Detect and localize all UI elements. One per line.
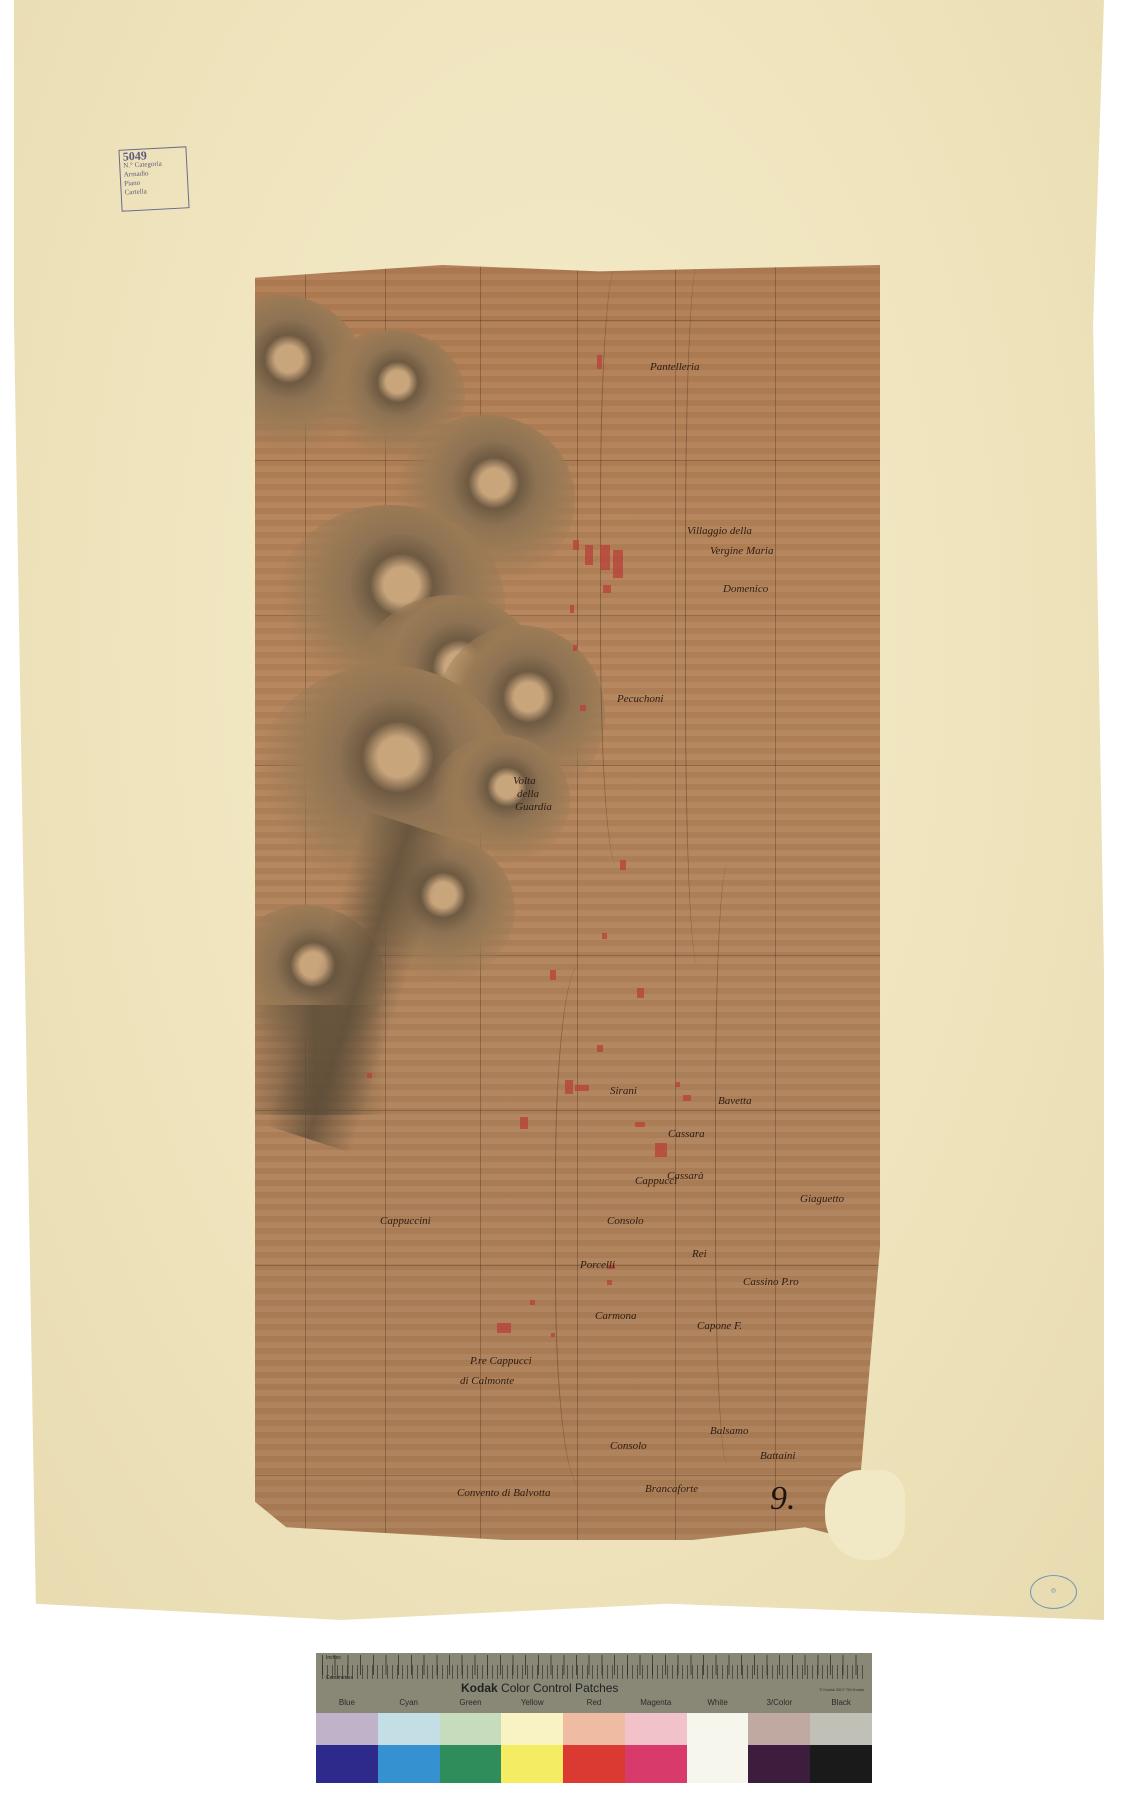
- building-marker: [575, 1085, 589, 1091]
- patch-dark: [563, 1745, 625, 1783]
- patch-light: [316, 1713, 378, 1745]
- patch-light: [563, 1713, 625, 1745]
- place-label: Consolo: [607, 1215, 644, 1227]
- place-label: di Calmonte: [460, 1375, 514, 1387]
- library-stamp: ◎: [1030, 1575, 1077, 1609]
- patch-light: [625, 1713, 687, 1745]
- building-marker: [570, 605, 574, 613]
- building-marker: [655, 1143, 667, 1157]
- patch-dark: [625, 1745, 687, 1783]
- inches-label: Inches: [326, 1655, 341, 1661]
- building-marker: [573, 645, 577, 651]
- building-marker: [635, 1122, 645, 1127]
- building-marker: [550, 970, 556, 980]
- patch-label: Green: [440, 1698, 502, 1713]
- ridge-shading: [255, 1005, 385, 1115]
- building-marker: [637, 988, 644, 998]
- building-marker: [597, 1045, 603, 1052]
- patch-label: Yellow: [501, 1698, 563, 1713]
- building-marker: [367, 1073, 372, 1078]
- patch-label: Magenta: [625, 1698, 687, 1713]
- building-marker: [585, 545, 593, 565]
- building-marker: [497, 1323, 511, 1333]
- building-marker: [603, 585, 611, 593]
- color-patches: [316, 1713, 872, 1783]
- brand-name: Kodak: [461, 1681, 498, 1695]
- place-label: Villaggio della: [687, 525, 752, 537]
- copyright: © Kodak 2007 TM Kodak: [819, 1687, 864, 1692]
- building-marker: [683, 1095, 691, 1101]
- color-patch: [501, 1713, 563, 1783]
- patch-label: White: [687, 1698, 749, 1713]
- place-label: Porcelli: [580, 1259, 615, 1271]
- color-bar-title: Kodak Color Control Patches: [461, 1681, 618, 1695]
- place-label: Pantelleria: [650, 361, 700, 373]
- patch-light: [810, 1713, 872, 1745]
- road-line: [715, 865, 746, 1465]
- color-patch: [748, 1713, 810, 1783]
- patch-light: [378, 1713, 440, 1745]
- archive-stamp: 5049 N.° Categoria Armadio Piano Cartell…: [118, 146, 189, 211]
- patch-label: Blue: [316, 1698, 378, 1713]
- place-label: Balsamo: [710, 1425, 749, 1437]
- patch-light: [748, 1713, 810, 1745]
- building-marker: [600, 545, 610, 570]
- building-marker: [602, 933, 607, 939]
- building-marker: [607, 1280, 612, 1285]
- color-patch: [625, 1713, 687, 1783]
- color-patch: [378, 1713, 440, 1783]
- place-label: Cassino P.ro: [743, 1276, 799, 1288]
- archive-stamp-line: Cartella: [124, 185, 184, 197]
- map-drawing: PantelleriaVillaggio dellaVergine MariaD…: [255, 265, 880, 1540]
- place-label: Consolo: [610, 1440, 647, 1452]
- grid-line: [255, 1475, 880, 1476]
- color-patch: [316, 1713, 378, 1783]
- place-label: Pecuchoni: [617, 693, 663, 705]
- place-label: Battaini: [760, 1450, 795, 1462]
- patch-dark: [810, 1745, 872, 1783]
- place-label: P.re Cappucci: [470, 1355, 532, 1367]
- place-label: Convento di Balvotta: [457, 1487, 550, 1499]
- place-label: Brancaforte: [645, 1483, 698, 1495]
- building-marker: [620, 860, 626, 870]
- building-marker: [551, 1333, 555, 1337]
- grid-line: [675, 265, 676, 1540]
- patch-light: [687, 1713, 749, 1783]
- building-marker: [520, 1117, 528, 1129]
- building-marker: [597, 355, 602, 369]
- place-label: Cassara: [668, 1128, 705, 1140]
- place-label: Bavetta: [718, 1095, 752, 1107]
- color-patch: [810, 1713, 872, 1783]
- cm-ticks: [322, 1665, 866, 1679]
- place-label: Capone F.: [697, 1320, 742, 1332]
- patch-label: Cyan: [378, 1698, 440, 1713]
- patch-light: [440, 1713, 502, 1745]
- centimetres-label: Centimetres: [326, 1675, 353, 1681]
- building-marker: [675, 1082, 680, 1087]
- patch-label: Black: [810, 1698, 872, 1713]
- place-label: Cappuccini: [380, 1215, 431, 1227]
- kodak-color-bar: Inches Centimetres Kodak Color Control P…: [316, 1653, 872, 1783]
- grid-line: [305, 265, 306, 1540]
- patch-dark: [316, 1745, 378, 1783]
- patch-light: [501, 1713, 563, 1745]
- building-marker: [580, 705, 586, 711]
- patch-dark: [378, 1745, 440, 1783]
- color-patch: [440, 1713, 502, 1783]
- place-label: Volta: [513, 775, 536, 787]
- patch-label: Red: [563, 1698, 625, 1713]
- place-label: Rei: [692, 1248, 707, 1260]
- color-bar-subtitle: Color Control Patches: [501, 1681, 618, 1695]
- patch-dark: [440, 1745, 502, 1783]
- place-label: Sirani: [610, 1085, 637, 1097]
- color-patch: [687, 1713, 749, 1783]
- grid-line: [255, 320, 880, 321]
- place-label: Giaguetto: [800, 1193, 844, 1205]
- patch-labels: BlueCyanGreenYellowRedMagentaWhite3/Colo…: [316, 1698, 872, 1713]
- place-label: Cappucci: [635, 1175, 677, 1187]
- grid-line: [775, 265, 776, 1540]
- building-marker: [573, 540, 579, 550]
- grid-line: [255, 460, 880, 461]
- place-label: Vergine Maria: [710, 545, 773, 557]
- place-label: Carmona: [595, 1310, 637, 1322]
- building-marker: [565, 1080, 573, 1094]
- torn-corner: [825, 1470, 905, 1560]
- patch-label: 3/Color: [748, 1698, 810, 1713]
- building-marker: [613, 550, 623, 578]
- plate-number: 9.: [770, 1480, 796, 1518]
- patch-dark: [748, 1745, 810, 1783]
- building-marker: [530, 1300, 535, 1305]
- patch-dark: [501, 1745, 563, 1783]
- place-label: della: [517, 788, 539, 800]
- place-label: Guardia: [515, 801, 552, 813]
- color-patch: [563, 1713, 625, 1783]
- place-label: Domenico: [723, 583, 768, 595]
